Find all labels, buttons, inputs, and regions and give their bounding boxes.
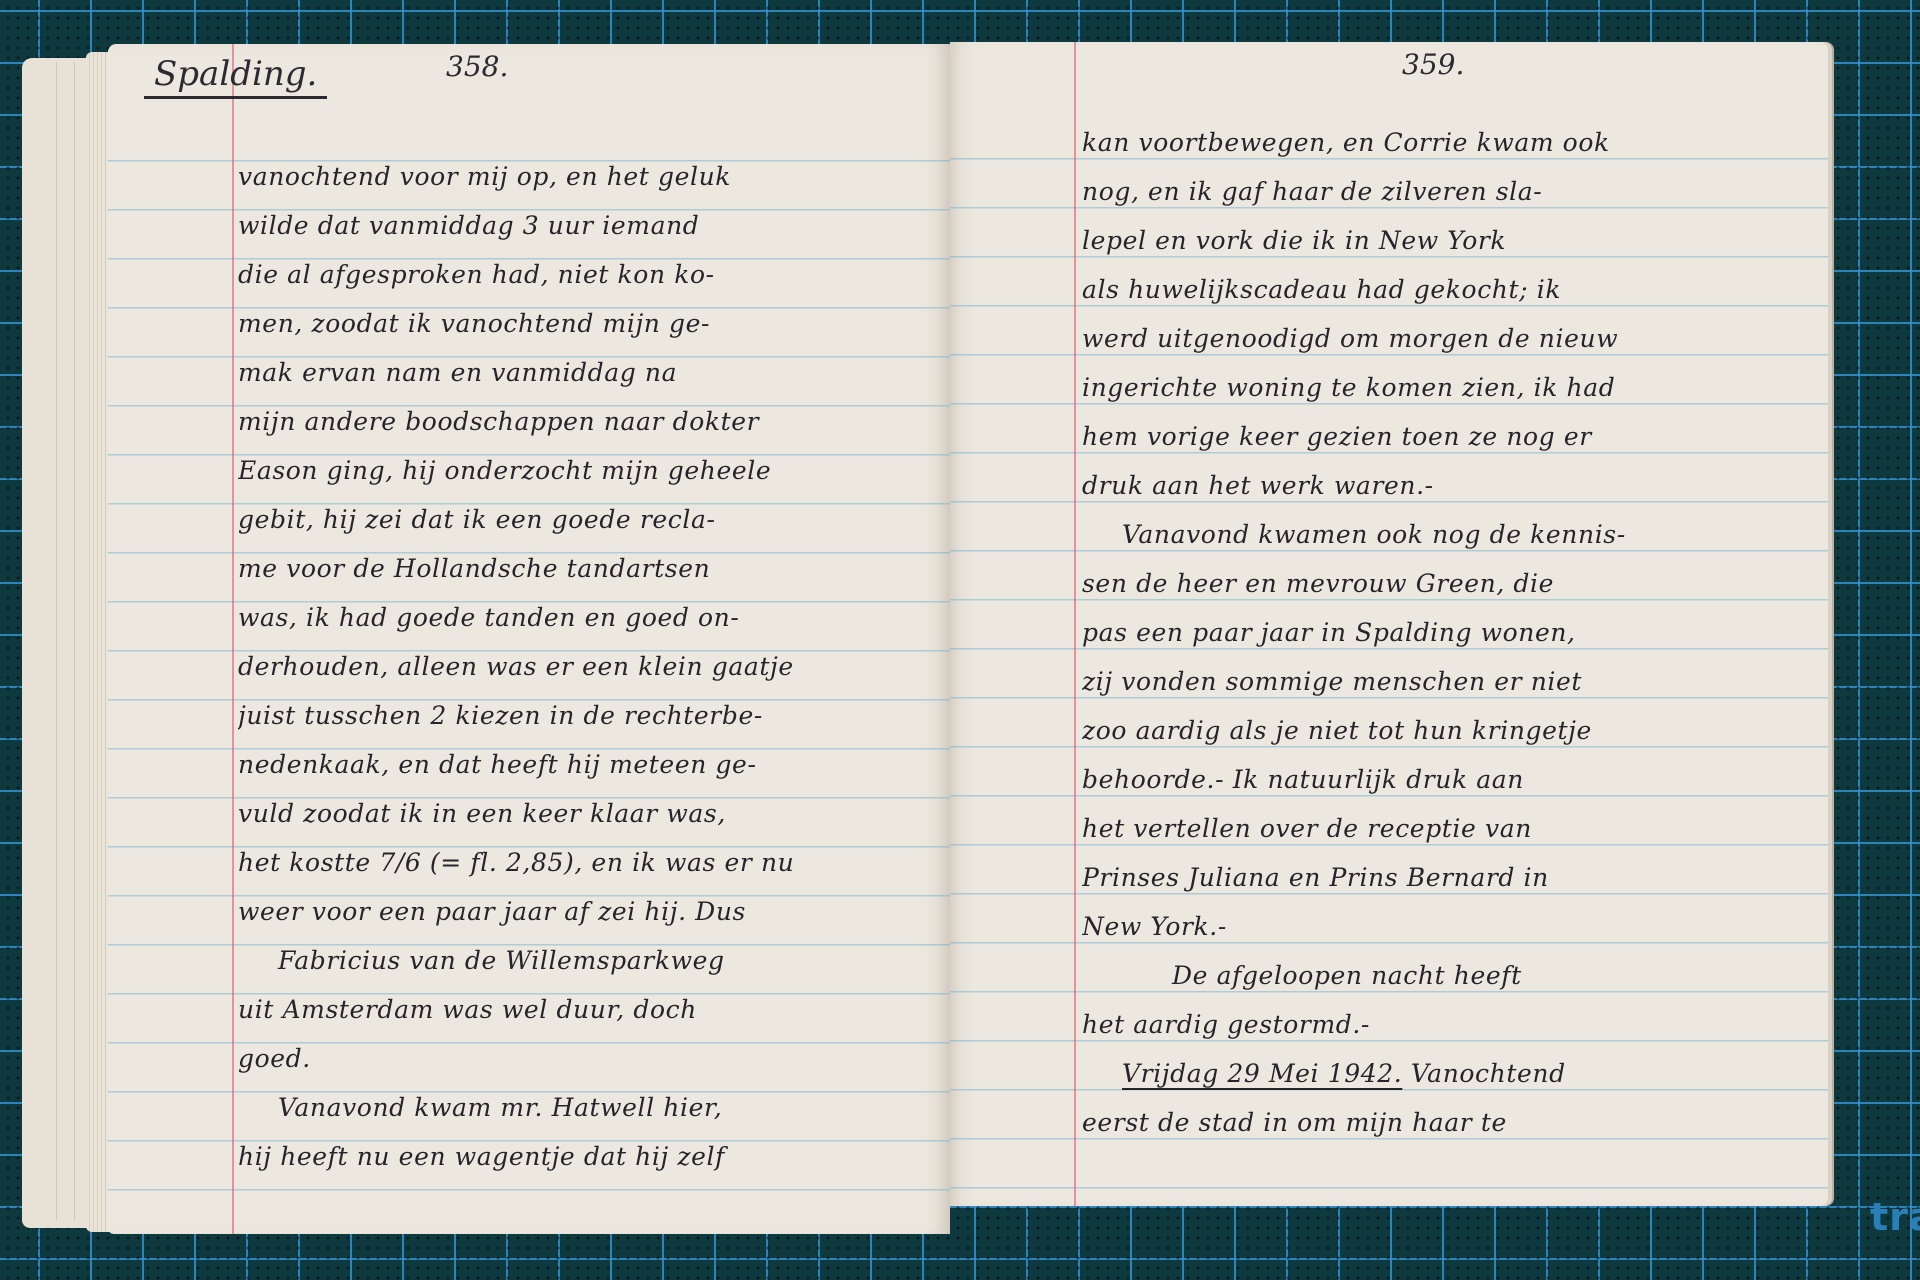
text-line: Fabricius van de Willemsparkweg: [238, 936, 920, 985]
text-line: het kostte 7/6 (= fl. 2,85), en ik was e…: [238, 838, 920, 887]
text-line: kan voortbewegen, en Corrie kwam ook: [1082, 118, 1798, 167]
text-line: het vertellen over de receptie van: [1082, 804, 1798, 853]
left-page-text: vanochtend voor mij op, en het geluk wil…: [238, 152, 920, 1181]
text-line: als huwelijkscadeau had gekocht; ik: [1082, 265, 1798, 314]
text-line: behoorde.- Ik natuurlijk druk aan: [1082, 755, 1798, 804]
text-line: nedenkaak, en dat heeft hij meteen ge-: [238, 740, 920, 789]
text-line: juist tusschen 2 kiezen in de rechterbe-: [238, 691, 920, 740]
place-heading: Spalding.: [144, 54, 327, 99]
text-line: New York.-: [1082, 902, 1798, 951]
page-number: 359.: [1402, 48, 1464, 81]
text-line: het aardig gestormd.-: [1082, 1000, 1798, 1049]
text-line: eerst de stad in om mijn haar te: [1082, 1098, 1798, 1147]
text-line: De afgeloopen nacht heeft: [1082, 951, 1798, 1000]
text-line: Vanavond kwamen ook nog de kennis-: [1082, 510, 1798, 559]
text-line: hem vorige keer gezien toen ze nog er: [1082, 412, 1798, 461]
text-line: Eason ging, hij onderzocht mijn geheele: [238, 446, 920, 495]
page-number: 358.: [446, 50, 508, 83]
text-line: men, zoodat ik vanochtend mijn ge-: [238, 299, 920, 348]
text-line: druk aan het werk waren.-: [1082, 461, 1798, 510]
text-line: zij vonden sommige menschen er niet: [1082, 657, 1798, 706]
text-line: nog, en ik gaf haar de zilveren sla-: [1082, 167, 1798, 216]
text-line: mak ervan nam en vanmiddag na: [238, 348, 920, 397]
date-heading: Vrijdag 29 Mei 1942.: [1122, 1059, 1402, 1088]
text-line: sen de heer en mevrouw Green, die: [1082, 559, 1798, 608]
watermark-text: tra: [1870, 1195, 1920, 1239]
text-line: mijn andere boodschappen naar dokter: [238, 397, 920, 446]
right-page: 359. kan voortbewegen, en Corrie kwam oo…: [950, 42, 1828, 1206]
text-line: werd uitgenoodigd om morgen de nieuw: [1082, 314, 1798, 363]
text-line: gebit, hij zei dat ik een goede recla-: [238, 495, 920, 544]
text-line: hij heeft nu een wagentje dat hij zelf: [238, 1132, 920, 1181]
text-line: Vanavond kwam mr. Hatwell hier,: [238, 1083, 920, 1132]
text-line: vanochtend voor mij op, en het geluk: [238, 152, 920, 201]
text-line: zoo aardig als je niet tot hun kringetje: [1082, 706, 1798, 755]
date-line-continuation: Vanochtend: [1411, 1059, 1566, 1088]
text-line: Prinses Juliana en Prins Bernard in: [1082, 853, 1798, 902]
left-page: Spalding. 358. vanochtend voor mij op, e…: [108, 44, 950, 1234]
text-line: goed.: [238, 1034, 920, 1083]
right-page-text: kan voortbewegen, en Corrie kwam ook nog…: [1082, 118, 1798, 1147]
text-line: ingerichte woning te komen zien, ik had: [1082, 363, 1798, 412]
text-line: lepel en vork die ik in New York: [1082, 216, 1798, 265]
text-line: die al afgesproken had, niet kon ko-: [238, 250, 920, 299]
text-line: wilde dat vanmiddag 3 uur iemand: [238, 201, 920, 250]
text-line: vuld zoodat ik in een keer klaar was,: [238, 789, 920, 838]
text-line: derhouden, alleen was er een klein gaatj…: [238, 642, 920, 691]
text-line: uit Amsterdam was wel duur, doch: [238, 985, 920, 1034]
text-line: pas een paar jaar in Spalding wonen,: [1082, 608, 1798, 657]
text-line: was, ik had goede tanden en goed on-: [238, 593, 920, 642]
margin-line: [1074, 42, 1076, 1206]
text-line: me voor de Hollandsche tandartsen: [238, 544, 920, 593]
text-line: weer voor een paar jaar af zei hij. Dus: [238, 887, 920, 936]
date-heading-line: Vrijdag 29 Mei 1942. Vanochtend: [1082, 1049, 1798, 1098]
margin-line: [232, 44, 234, 1234]
